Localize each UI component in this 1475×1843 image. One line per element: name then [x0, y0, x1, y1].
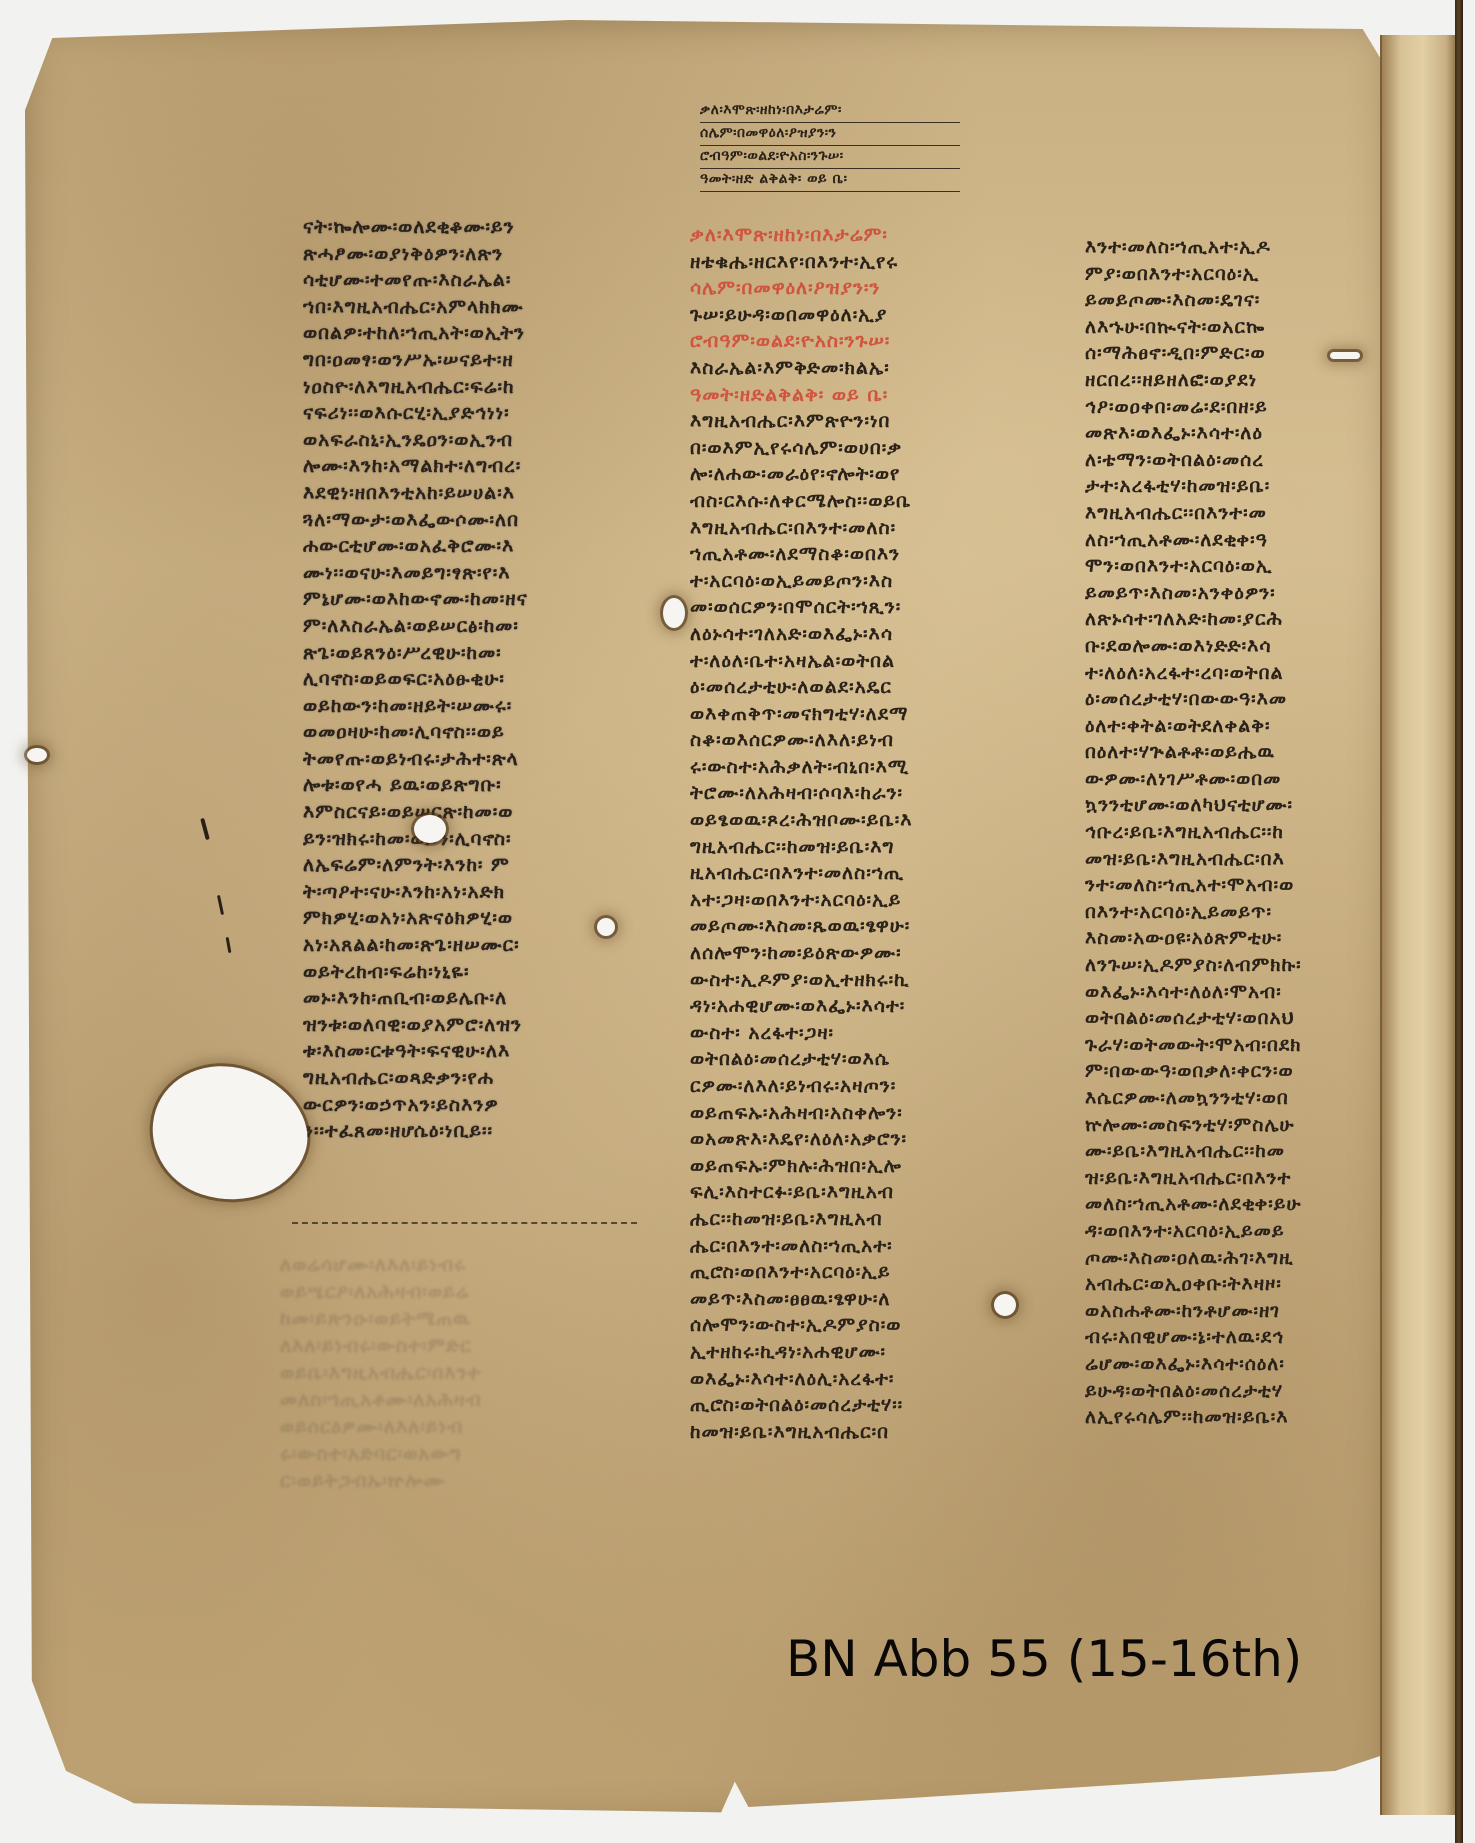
- text-line: ሬሆሙ፡ወእፌኑ፡እሳተ፡ሰዕለ፡: [1085, 1351, 1380, 1378]
- text-line: አተ፡ጋዛ፡ወበእንተ፡አርባዕ፡ኢይ: [690, 887, 1030, 914]
- text-line: ትሮሙ፡ለአሕዛብ፡ሶባእ፡ከራን፡: [690, 780, 1030, 807]
- text-line: ሳቲሆሙ፡ተመየጡ፡እስራኤል፡: [303, 267, 643, 294]
- rubric-line: ሮብዓም፡ወልደ፡ዮአስ፡ንጉሠ፡: [690, 328, 1030, 355]
- text-line: ፍሊ፡እስተርፉ፡ይቤ፡እግዚአብ: [690, 1179, 1030, 1206]
- text-line: ብሩ፡አበዊሆሙ፡ኔ፡ተለዉ፡ደኅ: [1085, 1324, 1380, 1351]
- show-through-line: ወይሰርዕዎሙ፡ለእለ፡ይነብ: [280, 1414, 640, 1441]
- text-line: ኀጢአቶሙ፡ለደማስቆ፡ወበእን: [690, 541, 1030, 568]
- text-line: ወበልዎ፡ተከለ፡ኀጢአት፡ወኢትን: [303, 320, 643, 347]
- text-line: መኑ፡እንከ፡ጠቢብ፡ወይሌቡ፡ለ: [303, 985, 643, 1012]
- text-line: እሴርዎሙ፡ለመኳንንቲሃ፡ወበ: [1085, 1085, 1380, 1112]
- text-line: ጉሠ፡ይሁዳ፡ወበመዋዕለ፡ኢያ: [690, 302, 1030, 329]
- binding-gutter: [1380, 35, 1457, 1815]
- hole-damage: [994, 1294, 1016, 1316]
- text-line: ለዕኑሳተ፡ገለአድ፡ወእፌኑ፡እሳ: [690, 621, 1030, 648]
- show-through-line: ለወሬሳሆሙ፡ለእለ፡ይነብሩ: [280, 1252, 640, 1279]
- text-line: ግዚአብሔር፡፡ከመዝ፡ይቤ፡እግ: [690, 834, 1030, 861]
- hole-damage: [1330, 352, 1360, 359]
- column-end-rule: [292, 1222, 637, 1224]
- text-line: ውስተ፡ኢዶምያ፡ወኢተዘክሩ፡ኪ: [690, 967, 1030, 994]
- text-line: አነ፡አጸልል፡ከመ፡ጽጌ፡ዘሠሙር፡: [303, 932, 643, 959]
- text-line: ምያ፡ወበእንተ፡አርባዕ፡ኢ: [1085, 261, 1380, 288]
- text-line: ወእቀጠቅጥ፡መናክግቲሃ፡ለደማ: [690, 701, 1030, 728]
- text-line: መዝ፡ይቤ፡እግዚአብሔር፡በእ: [1085, 846, 1380, 873]
- text-line: ትመየጡ፡ወይነብሩ፡ታሕተ፡ጽላ: [303, 746, 643, 773]
- text-line: ሎ፡ለሐው፡መራዕየ፡ኖሎት፡ወየ: [690, 461, 1030, 488]
- text-line: ወይጠፍኡ፡ምክሉ፡ሕዝበ፡ኢሎ: [690, 1153, 1030, 1180]
- text-line: ኵሎሙ፡መስፍንቲሃ፡ምስሌሁ: [1085, 1112, 1380, 1139]
- text-line: ይሁዳ፡ወትበልዕ፡መሰረታቲሃ: [1085, 1378, 1380, 1405]
- text-line: ሙነ፡፡ወናሁ፡እመይግ፡ፃጽ፡የ፡እ: [303, 560, 643, 587]
- text-line: ውዎሙ፡ለነገሥቶሙ፡ወበመ: [1085, 766, 1380, 793]
- text-line: ተ፡ለዕለ፡አረፋተ፡ረባ፡ወትበል: [1085, 660, 1380, 687]
- rubric-line: ሳሌም፡በመዋዕለ፡ዖዝያን፡ን: [690, 275, 1030, 302]
- text-line: መ፡ወሰርዎን፡በሞሰርት፡ኀጺን፡: [690, 594, 1030, 621]
- hole-damage: [597, 918, 615, 936]
- text-line: እግዚአብሔር፡እምጽዮን፡ነበ: [690, 408, 1030, 435]
- text-line: ም፡በውውዓ፡ወበቃለ፡ቀርን፡ወ: [1085, 1058, 1380, 1085]
- text-line: ኅዖ፡ወዐቀበ፡መሬ፡ደ፡በዘ፡ይ: [1085, 394, 1380, 421]
- text-line: ወይከውን፡ከመ፡ዘይት፡ሠሙሩ፡: [303, 693, 643, 720]
- marginal-note-line: ሰሌም፡በመዋዕለ፡ዖዝያን፡ን: [700, 123, 960, 146]
- text-line: ለስ፡ኀጢአቶሙ፡ለደቂቀ፡ዓ: [1085, 527, 1380, 554]
- text-line: ጢሮስ፡ወበእንተ፡አርባዕ፡ኢይ: [690, 1259, 1030, 1286]
- show-through-text: ለወሬሳሆሙ፡ለእለ፡ይነብሩወይሤርዖ፡ለአሕዛብ፡ወይሬከመ፡ይጽንዑ፡ወይ…: [280, 1252, 640, 1495]
- text-line: እስራኤል፡እምቅድመ፡ክልኤ፡: [690, 355, 1030, 382]
- text-line: ኀበ፡እግዚአብሔር፡አምላክክሙ: [303, 294, 643, 321]
- text-line: አብሔር፡ወኢዐቀቡ፡ትእዛዞ፡: [1085, 1271, 1380, 1298]
- text-line: ናት፡ኰሎሙ፡ወለደቂቆሙ፡ይን: [303, 214, 643, 241]
- show-through-line: ሩ፡ውስተ፡አድባር፡ወአውግ: [280, 1441, 640, 1468]
- binding-edge: [1455, 0, 1463, 1843]
- text-line: ግዚአብሔር፡ወጻድቃን፡የሐ: [303, 1065, 643, 1092]
- text-line: ወመዐዛሁ፡ከመ፡ሊባኖስ፡፡ወይ: [303, 719, 643, 746]
- text-line: ለሰሎሞን፡ከመ፡ይዕጽውዎሙ፡: [690, 940, 1030, 967]
- text-line: መለስ፡ኀጢአቶሙ፡ለደቂቀ፡ይሁ: [1085, 1191, 1380, 1218]
- text-line: ሞን፡ወበእንተ፡አርባዕ፡ወኢ: [1085, 553, 1380, 580]
- text-line: ምክዎሂ፡ወአነ፡አጽናዕክዎሂ፡ወ: [303, 905, 643, 932]
- text-line: ስቆ፡ወእሰርዎሙ፡ለእለ፡ይነብ: [690, 727, 1030, 754]
- text-line: እስመ፡አውዐዩ፡አዕጽምቲሁ፡: [1085, 925, 1380, 952]
- text-line: ታተ፡አረፋቲሃ፡ከመዝ፡ይቤ፡: [1085, 473, 1380, 500]
- text-line: ኳንንቲሆሙ፡ወለካህናቲሆሙ፡: [1085, 792, 1380, 819]
- text-line: ወእፌኑ፡እሳተ፡ለዕሊ፡አረፋተ፡: [690, 1366, 1030, 1393]
- text-line: ለእኁሁ፡በኲናት፡ወአርኰ: [1085, 314, 1380, 341]
- text-line: ጽሓፆሙ፡ወያነቅዕዎን፡ለጽን: [303, 241, 643, 268]
- rubric-line: ቃለ፡እሞጽ፡ዘከነ፡በእታሬም፡: [690, 222, 1030, 249]
- text-column-1: ናት፡ኰሎሙ፡ወለደቂቆሙ፡ይንጽሓፆሙ፡ወያነቅዕዎን፡ለጽንሳቲሆሙ፡ተመየ…: [303, 214, 643, 1145]
- hole-damage: [663, 598, 685, 628]
- text-line: ይመይጥ፡እስመ፡አንቀዕዎን፡: [1085, 580, 1380, 607]
- text-line: እምስርናይ፡ወይሠርጽ፡ከመ፡ወ: [303, 799, 643, 826]
- text-line: ጽጌ፡ወይጸንዕ፡ሥረዊሁ፡ከመ፡: [303, 640, 643, 667]
- text-line: እግዚአብሔር፡በእንተ፡መለስ፡: [690, 515, 1030, 542]
- text-line: ሐውርቲሆሙ፡ወአፈቅሮሙ፡እ: [303, 533, 643, 560]
- show-through-line: ወይቤ፡እግዚአብሔር፡በእንተ: [280, 1360, 640, 1387]
- marginal-note: ቃለ፡እሞጽ፡ዘከነ፡በእታሬም፡ ሰሌም፡በመዋዕለ፡ዖዝያን፡ን ሮብዓም፡…: [700, 100, 960, 192]
- text-line: ናፍሪነ፡፡ወእሱርሂ፡ኢያድኅነነ፡: [303, 400, 643, 427]
- text-line: ለንጉሠ፡ኢዶምያስ፡ለብምክኩ፡: [1085, 952, 1380, 979]
- text-line: ጢሮስ፡ወትበልዕ፡መሰረታቲሃ፡፡: [690, 1392, 1030, 1419]
- text-line: ንተ፡መለስ፡ኀጢአተ፡ሞአብ፡ወ: [1085, 872, 1380, 899]
- text-line: ወአመጽእ፡እዴየ፡ለዕለ፡አቃሮን፡: [690, 1126, 1030, 1153]
- text-line: ወይፄወዉ፡ጾረ፡ሕዝቦሙ፡ይቤ፡እ: [690, 807, 1030, 834]
- text-line: ተ፡ለዕለ፡ቤተ፡አዛኤል፡ወትበል: [690, 648, 1030, 675]
- text-line: ቱ፡እስመ፡ርቱዓት፡ፍናዊሁ፡ለእ: [303, 1038, 643, 1065]
- text-line: ዘቴቁሔ፡ዘርእየ፡በእንተ፡ኢየሩ: [690, 249, 1030, 276]
- show-through-line: መለስ፡ኀጢአቶሙ፡ለአሕዛብ: [280, 1387, 640, 1414]
- text-line: ዳነ፡አሐዊሆሙ፡ወእፌኑ፡እሳተ፡: [690, 993, 1030, 1020]
- text-line: ሎሙ፡እንከ፡አማልክተ፡ለግብረ፡: [303, 453, 643, 480]
- show-through-line: ከመ፡ይጽንዑ፡ወይትሜጠዉ: [280, 1306, 640, 1333]
- text-line: ዕ፡መሰረታቲሁ፡ለወልደ፡አዴር: [690, 674, 1030, 701]
- text-line: ጦሙ፡እስመ፡ዐለዉ፡ሕገ፡እግዚ: [1085, 1245, 1380, 1272]
- text-line: ለኢየሩሳሌም፡፡ከመዝ፡ይቤ፡እ: [1085, 1404, 1380, 1431]
- text-line: ወእፌኑ፡እሳተ፡ለዕለ፡ሞአብ፡: [1085, 979, 1380, 1006]
- text-line: ወአስሐቶሙ፡ከንቶሆሙ፡ዘገ: [1085, 1298, 1380, 1325]
- show-through-line: ር፡ወይትጋብኡ፡ኵሎሙ: [280, 1468, 640, 1495]
- text-line: ይን፡ዝክሩ፡ከመ፡ወይን፡ሊባኖስ፡: [303, 826, 643, 853]
- text-line: እደዊነ፡ዘበእንቲአከ፡ይሠሀል፡እ: [303, 480, 643, 507]
- marginal-note-line: ዓመት፡ዘድ ልቅልቅ፡ ወይ ቤ፡: [700, 169, 960, 192]
- text-line: እንተ፡መለስ፡ኀጢአተ፡ኢዶ: [1085, 234, 1380, 261]
- text-line: ወአፍራስኒ፡ኢንዴዐን፡ወኢንብ: [303, 427, 643, 454]
- text-line: ሔር፡በእንተ፡መለስ፡ኀጢአተ፡: [690, 1233, 1030, 1260]
- text-line: ቡ፡ደወሎሙ፡ወእነድድ፡እሳ: [1085, 633, 1380, 660]
- text-line: ጓለ፡ማውታ፡ወእፌውሶሙ፡ለበ: [303, 507, 643, 534]
- text-line: ሔር፡፡ከመዝ፡ይቤ፡እግዚአብ: [690, 1206, 1030, 1233]
- text-line: ይመይጦሙ፡እስመ፡ዴገና፡: [1085, 287, 1380, 314]
- text-line: ለ፡ቴማን፡ወትበልዕ፡መሰረ: [1085, 447, 1380, 474]
- rubric-line: ዓመት፡ዘድልቅልቅ፡ ወይ ቤ፡: [690, 382, 1030, 409]
- text-line: መጽእ፡ወእፌኑ፡እሳተ፡ለዕ: [1085, 420, 1380, 447]
- text-line: ሩ፡ውስተ፡አሕቃለት፡ብኒበ፡እሚ: [690, 754, 1030, 781]
- text-line: ዕለተ፡ቀትል፡ወትደለቀልቅ፡: [1085, 713, 1380, 740]
- text-line: ኢተዘከሩ፡ኪዳነ፡አሐዊሆሙ፡: [690, 1339, 1030, 1366]
- text-line: ዝ፡ይቤ፡እግዚአብሔር፡በእንተ: [1085, 1165, 1380, 1192]
- manuscript-caption: BN Abb 55 (15-16th): [786, 1630, 1302, 1688]
- text-line: ሊባኖስ፡ወይወፍር፡አዕፁቂሁ፡: [303, 666, 643, 693]
- text-line: ወትበልዕ፡መሰረታቲሃ፡ወእሴ: [690, 1046, 1030, 1073]
- text-line: ምኔሆሙ፡ወእከውኖሙ፡ከመ፡ዘና: [303, 586, 643, 613]
- text-line: ም፡ለእስራኤል፡ወይሠርፅ፡ከመ፡: [303, 613, 643, 640]
- hole-damage: [27, 748, 47, 762]
- marginal-note-line: ቃለ፡እሞጽ፡ዘከነ፡በእታሬም፡: [700, 100, 960, 123]
- text-line: ወይትረከብ፡ፍሬከ፡ነኒዬ፡: [303, 959, 643, 986]
- text-line: ጉራሃ፡ወትመውት፡ሞአብ፡በደክ: [1085, 1032, 1380, 1059]
- text-column-2: ቃለ፡እሞጽ፡ዘከነ፡በእታሬም፡ዘቴቁሔ፡ዘርእየ፡በእንተ፡ኢየሩሳሌም፡በ…: [690, 222, 1030, 1445]
- text-line: ተ፡አርባዕ፡ወኢይመይጦን፡እስ: [690, 568, 1030, 595]
- text-line: ውርዎን፡ወኃጥአን፡ይስእንዎ: [303, 1092, 643, 1119]
- text-line: በእንተ፡አርባዕ፡ኢይመይጥ፡: [1085, 899, 1380, 926]
- text-line: ግበ፡ዐመፃ፡ወንሥኡ፡ሠናይተ፡ዘ: [303, 347, 643, 374]
- text-line: ውስተ፡ አረፋተ፡ጋዛ፡: [690, 1020, 1030, 1047]
- text-line: ኅቡረ፡ይቤ፡እግዚአብሔር፡፡ከ: [1085, 819, 1380, 846]
- text-line: ሙ፡ይቤ፡እግዚአብሔር፡፡ከመ: [1085, 1138, 1380, 1165]
- show-through-line: ወይሤርዖ፡ለአሕዛብ፡ወይሬ: [280, 1279, 640, 1306]
- text-line: ወይጠፍኡ፡አሕዛብ፡አስቀሎን፡: [690, 1100, 1030, 1127]
- text-line: ዝንቱ፡ወለባዊ፡ወያአምሮ፡ለዝን: [303, 1012, 643, 1039]
- text-line: መይጥ፡እስመ፡ፀፀዉ፡ፄዋሁ፡ለ: [690, 1286, 1030, 1313]
- text-line: ብስ፡ርእሱ፡ለቀርሜሎስ፡፡ወይቤ: [690, 488, 1030, 515]
- text-line: በዕለተ፡ሃጕልቶቶ፡ወይሔዉ: [1085, 739, 1380, 766]
- text-line: ት፡ጣዖተ፡ናሁ፡እንከ፡አነ፡አድክ: [303, 879, 643, 906]
- marginal-note-line: ሮብዓም፡ወልደ፡ዮአስ፡ንጉሠ፡: [700, 146, 960, 169]
- text-line: መይጦሙ፡እስመ፡ጼወዉ፡ፄዋሁ፡: [690, 913, 1030, 940]
- text-line: እግዚአብሔር፡፡በእንተ፡መ: [1085, 500, 1380, 527]
- text-line: ዳ፡ወበእንተ፡አርባዕ፡ኢይመይ: [1085, 1218, 1380, 1245]
- hole-damage: [414, 815, 446, 843]
- text-column-3: እንተ፡መለስ፡ኀጢአተ፡ኢዶምያ፡ወበእንተ፡አርባዕ፡ኢይመይጦሙ፡እስመ፡…: [1085, 234, 1380, 1431]
- show-through-line: ለእለ፡ይነብሩ፡ውስተ፡ምድር: [280, 1333, 640, 1360]
- text-line: ዘርበረ፡፡ዘይዘለፎ፡ወያደነ: [1085, 367, 1380, 394]
- text-line: በ፡ወእምኢየሩሳሌም፡ወሀበ፡ቃ: [690, 435, 1030, 462]
- text-line: ለኤፍሬም፡ለምንት፡እንከ፡ ም: [303, 852, 643, 879]
- text-line: ን፡፡ተፈጸመ፡ዘሆሴዕ፡ነቢይ፡፡: [303, 1118, 643, 1145]
- text-line: ዚአብሔር፡በእንተ፡መለስ፡ኀጢ: [690, 860, 1030, 887]
- text-line: ዕ፡መሰረታቲሃ፡በውውዓ፡እመ: [1085, 686, 1380, 713]
- text-line: ሰሎሞን፡ውስተ፡ኢዶምያስ፡ወ: [690, 1312, 1030, 1339]
- text-line: ርዎሙ፡ለእለ፡ይነብሩ፡አዛጦን፡: [690, 1073, 1030, 1100]
- text-line: ከመዝ፡ይቤ፡እግዚአብሔር፡በ: [690, 1419, 1030, 1446]
- text-line: ነዐስዮ፡ለእግዚአብሔር፡ፍሬ፡ከ: [303, 374, 643, 401]
- text-line: ወትበልዕ፡መሰረታቲሃ፡ወበአህ: [1085, 1005, 1380, 1032]
- text-line: ለጽኑሳተ፡ገለአድ፡ከመ፡ያርሕ: [1085, 606, 1380, 633]
- text-line: ሎቱ፡ወየሓ ይዉ፡ወይጽግቡ፡: [303, 772, 643, 799]
